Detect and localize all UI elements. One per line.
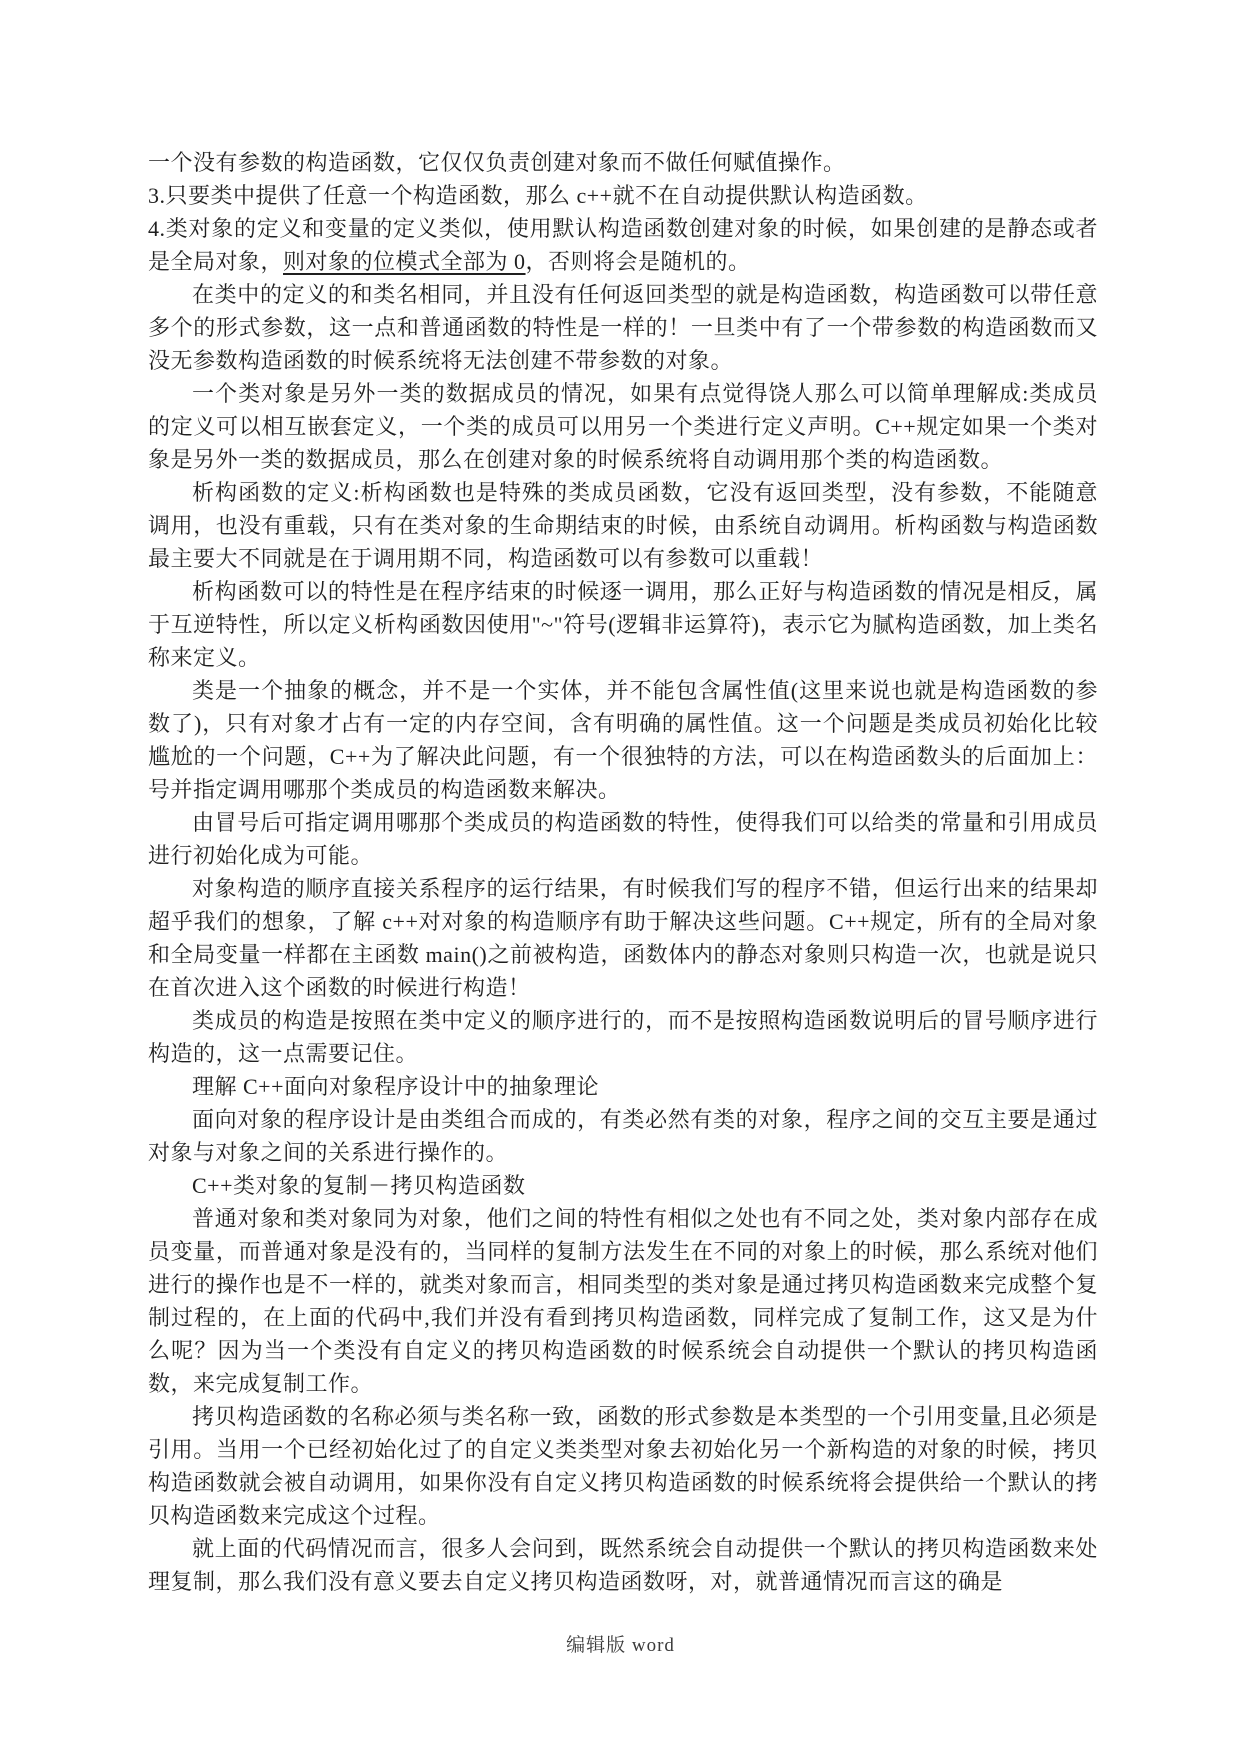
paragraph-heading: C++类对象的复制－拷贝构造函数 (148, 1169, 1098, 1202)
paragraph: 析构函数可以的特性是在程序结束的时候逐一调用，那么正好与构造函数的情况是相反，属… (148, 575, 1098, 674)
text-run-after: ，否则将会是随机的。 (526, 249, 751, 274)
paragraph: 析构函数的定义:析构函数也是特殊的类成员函数，它没有返回类型，没有参数，不能随意… (148, 476, 1098, 575)
paragraph: 就上面的代码情况而言，很多人会问到，既然系统会自动提供一个默认的拷贝构造函数来处… (148, 1532, 1098, 1598)
paragraph-continuation: 一个没有参数的构造函数，它仅仅负责创建对象而不做任何赋值操作。 (148, 146, 1098, 179)
paragraph: 类是一个抽象的概念，并不是一个实体，并不能包含属性值(这里来说也就是构造函数的参… (148, 674, 1098, 806)
paragraph: 类成员的构造是按照在类中定义的顺序进行的，而不是按照构造函数说明后的冒号顺序进行… (148, 1004, 1098, 1070)
paragraph: 普通对象和类对象同为对象，他们之间的特性有相似之处也有不同之处，类对象内部存在成… (148, 1202, 1098, 1400)
paragraph: 面向对象的程序设计是由类组合而成的，有类必然有类的对象，程序之间的交互主要是通过… (148, 1103, 1098, 1169)
paragraph: 拷贝构造函数的名称必须与类名称一致，函数的形式参数是本类型的一个引用变量,且必须… (148, 1400, 1098, 1532)
document-body: 一个没有参数的构造函数，它仅仅负责创建对象而不做任何赋值操作。 3.只要类中提供… (148, 146, 1098, 1598)
underlined-text: 则对象的位模式全部为 0 (283, 249, 526, 274)
page-footer: 编辑版 word (0, 1630, 1241, 1657)
list-item-4: 4.类对象的定义和变量的定义类似，使用默认构造函数创建对象的时候，如果创建的是静… (148, 212, 1098, 278)
paragraph: 由冒号后可指定调用哪那个类成员的构造函数的特性，使得我们可以给类的常量和引用成员… (148, 806, 1098, 872)
document-page: 一个没有参数的构造函数，它仅仅负责创建对象而不做任何赋值操作。 3.只要类中提供… (0, 0, 1241, 1754)
paragraph: 在类中的定义的和类名相同，并且没有任何返回类型的就是构造函数，构造函数可以带任意… (148, 278, 1098, 377)
list-item-3: 3.只要类中提供了任意一个构造函数，那么 c++就不在自动提供默认构造函数。 (148, 179, 1098, 212)
paragraph: 一个类对象是另外一类的数据成员的情况，如果有点觉得饶人那么可以简单理解成:类成员… (148, 377, 1098, 476)
paragraph-heading: 理解 C++面向对象程序设计中的抽象理论 (148, 1070, 1098, 1103)
paragraph: 对象构造的顺序直接关系程序的运行结果，有时候我们写的程序不错，但运行出来的结果却… (148, 872, 1098, 1004)
